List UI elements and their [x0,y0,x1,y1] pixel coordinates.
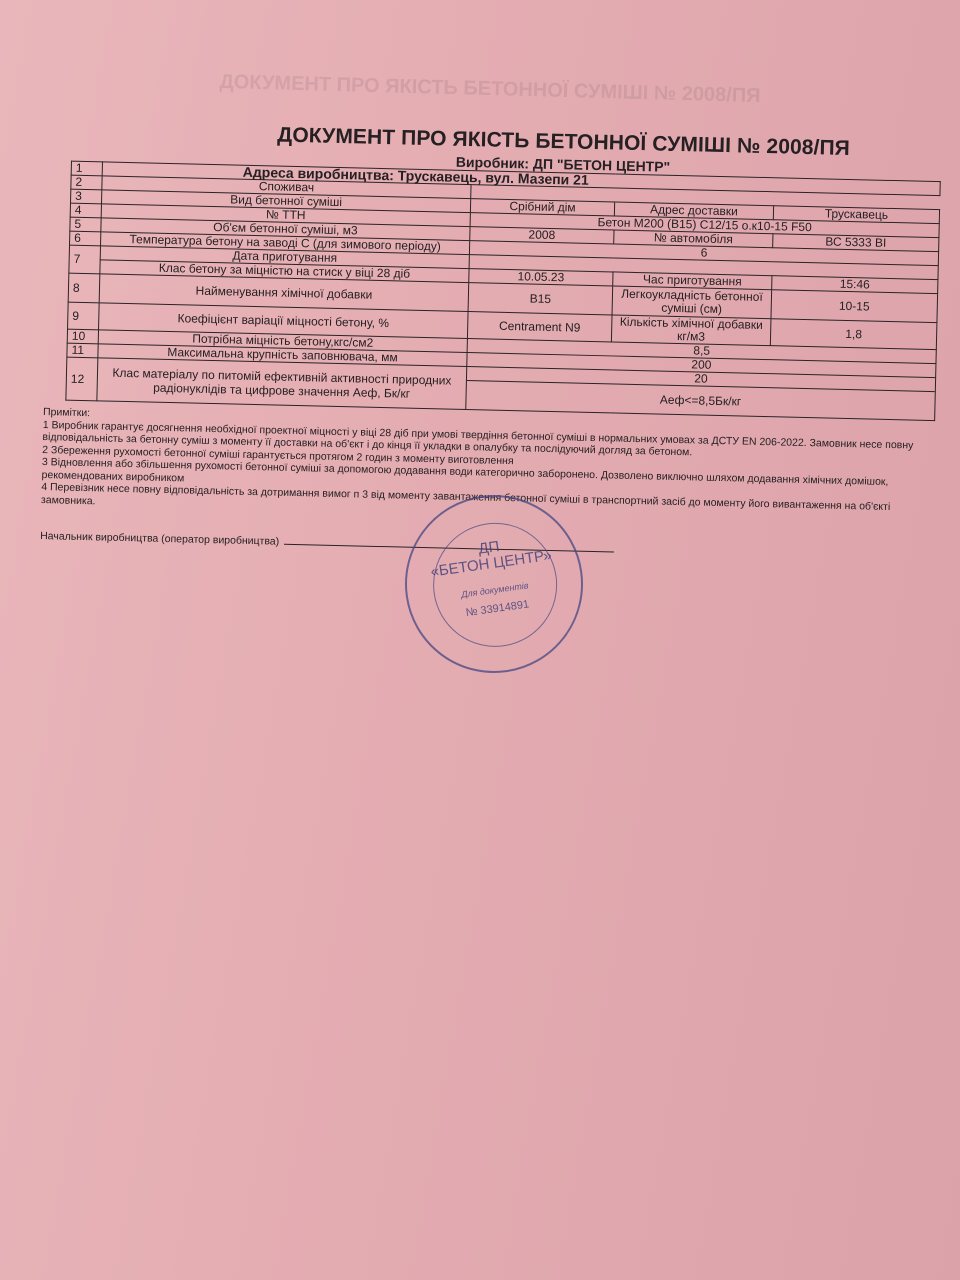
workability-label: Легкоукладність бетонної суміші (см) [612,286,772,319]
row-number: 9 [68,302,100,330]
row-number: 7 [69,245,101,274]
row-number: 8 [68,273,100,303]
admixture-name-value: Centrament N9 [467,312,612,342]
row-number: 5 [70,217,101,232]
quality-table: 1 Адреса виробництва: Трускавець, вул. М… [65,161,940,421]
admixture-amount-label: Кількість хімічної добавки кг/м3 [611,315,771,346]
row-number: 4 [70,203,101,218]
row-number: 1 [71,161,102,176]
row-number: 2 [71,175,102,190]
admixture-amount-value: 1,8 [770,319,937,350]
bleed-through-text: ДОКУМЕНТ ПРО ЯКІСТЬ БЕТОННОЇ СУМІШІ № 20… [190,70,790,109]
row-label: Клас матеріалу по питомій ефективній акт… [97,358,467,410]
signature-label: Начальник виробництва (оператор виробниц… [40,530,279,548]
row-number: 10 [67,329,98,344]
row-number: 12 [66,357,98,401]
workability-value: 10-15 [771,290,938,323]
row-number: 11 [67,343,98,358]
row-number: 3 [71,189,102,204]
row-number: 6 [70,231,101,246]
strength-class-value: B15 [468,283,613,315]
